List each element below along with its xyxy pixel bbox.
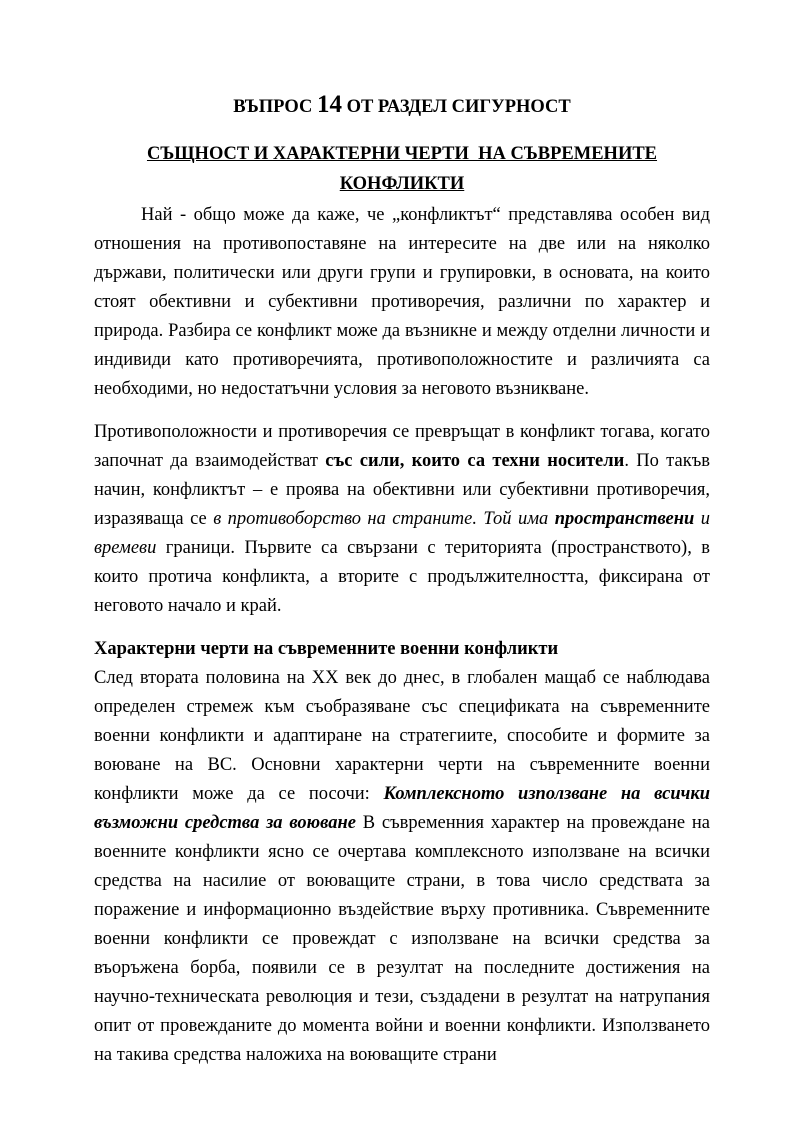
section-heading: Характерни черти на съвременните военни … [94,635,710,664]
text-run: Най - общо може да каже, че „конфликтът“… [94,205,710,399]
text-run: граници. Първите са свързани с територия… [94,538,710,616]
title-number: 14 [317,91,342,118]
text-run: В съвременния характер на провеждане на … [94,813,710,1065]
paragraph-intro: Най - общо може да каже, че „конфликтът“… [94,201,710,404]
document-page: ВЪПРОС 14 ОТ РАЗДЕЛ СИГУРНОСТ СЪЩНОСТ И … [0,0,800,1132]
paragraph-conflict-boundaries: Противоположности и противоречия се прев… [94,418,710,621]
document-subtitle: СЪЩНОСТ И ХАРАКТЕРНИ ЧЕРТИ НА СЪВРЕМЕНИТ… [94,139,710,199]
document-title: ВЪПРОС 14 ОТ РАЗДЕЛ СИГУРНОСТ [94,88,710,124]
title-text-prefix: ВЪПРОС [233,97,317,117]
paragraph-characteristics: След втората половина на ХХ век до днес,… [94,664,710,1070]
text-run: пространствени [555,509,695,529]
text-run: със сили, които са техни носители [325,451,624,471]
text-run: в противоборство на страните. Той има [213,509,555,529]
title-text-suffix: ОТ РАЗДЕЛ СИГУРНОСТ [342,97,571,117]
